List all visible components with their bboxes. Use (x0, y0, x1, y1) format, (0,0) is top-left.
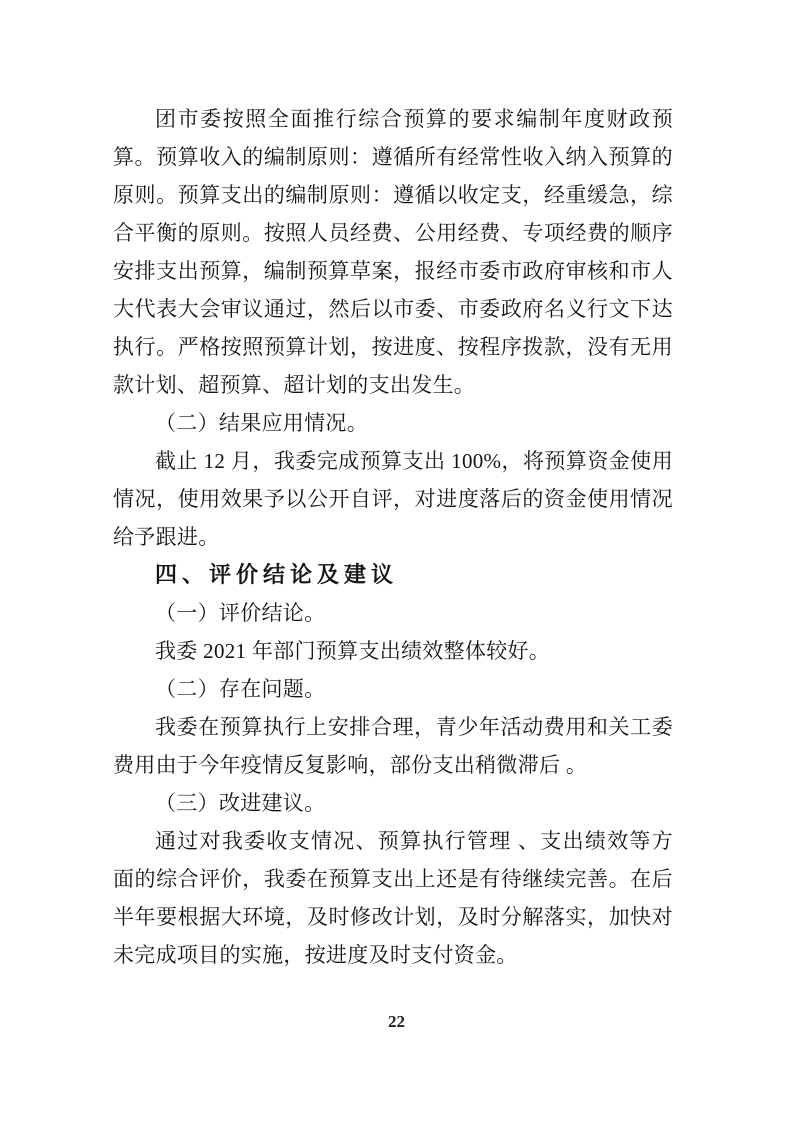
document-page: 团市委按照全面推行综合预算的要求编制年度财政预算。预算收入的编制原则：遵循所有经… (0, 0, 793, 1122)
document-line: 费用由于今年疫情反复影响，部份支出稍微滞后 。 (113, 746, 673, 784)
document-line: 截止 12 月，我委完成预算支出 100%，将预算资金使用 (113, 442, 673, 480)
document-line: （三）改进建议。 (113, 784, 673, 822)
document-line: （二）结果应用情况。 (113, 404, 673, 442)
document-line: 团市委按照全面推行综合预算的要求编制年度财政预 (113, 100, 673, 138)
document-line: 情况，使用效果予以公开自评，对进度落后的资金使用情况 (113, 480, 673, 518)
document-line: （二）存在问题。 (113, 670, 673, 708)
document-line: 算。预算收入的编制原则：遵循所有经常性收入纳入预算的 (113, 138, 673, 176)
document-line: 半年要根据大环境，及时修改计划，及时分解落实，加快对 (113, 898, 673, 936)
document-line: 原则。预算支出的编制原则：遵循以收定支，经重缓急，综 (113, 176, 673, 214)
document-line: 款计划、超预算、超计划的支出发生。 (113, 366, 673, 404)
document-line: 安排支出预算，编制预算草案，报经市委市政府审核和市人 (113, 252, 673, 290)
document-line: 大代表大会审议通过，然后以市委、市委政府名义行文下达 (113, 290, 673, 328)
document-line: 我委 2021 年部门预算支出绩效整体较好。 (113, 632, 673, 670)
document-line: 四、评价结论及建议 (113, 556, 673, 594)
document-line: 合平衡的原则。按照人员经费、公用经费、专项经费的顺序 (113, 214, 673, 252)
document-line: 执行。严格按照预算计划，按进度、按程序拨款，没有无用 (113, 328, 673, 366)
page-number: 22 (0, 1010, 793, 1034)
document-line: （一）评价结论。 (113, 594, 673, 632)
document-line: 给予跟进。 (113, 518, 673, 556)
document-line: 我委在预算执行上安排合理，青少年活动费用和关工委 (113, 708, 673, 746)
document-line: 未完成项目的实施，按进度及时支付资金。 (113, 936, 673, 974)
document-body: 团市委按照全面推行综合预算的要求编制年度财政预算。预算收入的编制原则：遵循所有经… (113, 100, 673, 974)
document-line: 通过对我委收支情况、预算执行管理 、支出绩效等方 (113, 822, 673, 860)
document-line: 面的综合评价，我委在预算支出上还是有待继续完善。在后 (113, 860, 673, 898)
